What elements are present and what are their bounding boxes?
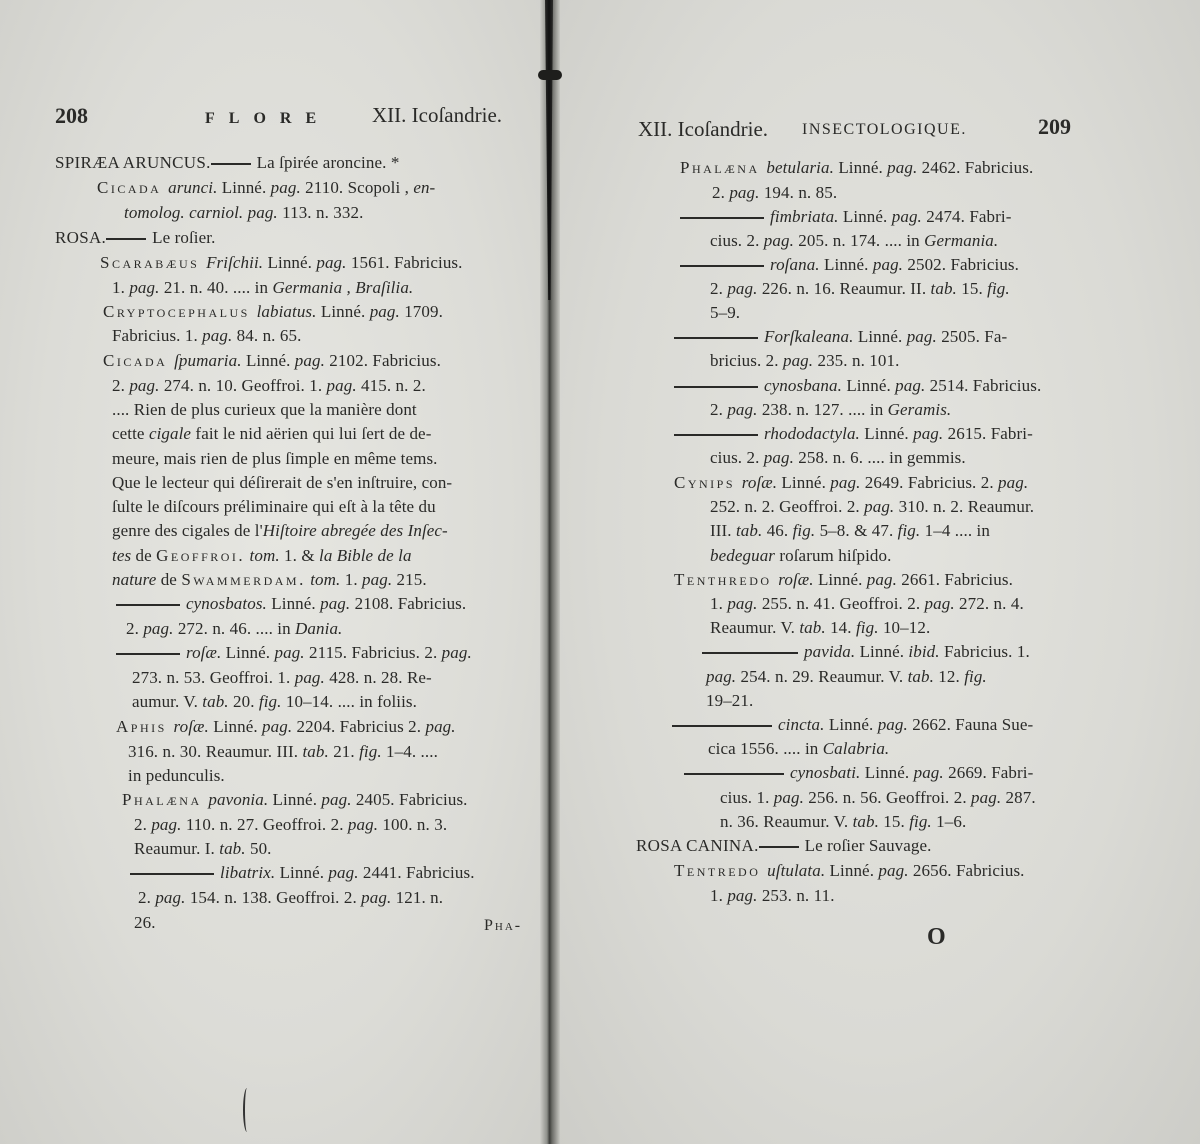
text-line: tomolog. carniol. pag. 113. n. 332. <box>124 202 363 224</box>
em-rule <box>674 386 758 388</box>
text-run: pag. <box>727 400 757 419</box>
text-run: Cicada <box>97 178 168 197</box>
text-run: pag. <box>316 253 346 272</box>
text-run: n. 36. Reaumur. V. <box>720 812 853 831</box>
text-run: roſæ. <box>778 570 813 589</box>
text-line: ROSA.Le roſier. <box>55 227 215 249</box>
signature-mark: O <box>927 924 946 951</box>
text-run: 1–4 .... in <box>920 521 990 540</box>
text-line: bedeguar roſarum hiſpido. <box>710 545 891 567</box>
text-run: pag. <box>202 326 232 345</box>
text-run: Linné. <box>825 715 878 734</box>
text-run: ROSA. <box>55 228 106 247</box>
text-run: Linné. <box>860 763 913 782</box>
em-rule <box>759 846 799 848</box>
text-line: tes de Geoffroi. tom. 1. & la Bible de l… <box>112 545 412 567</box>
text-line: Reaumur. I. tab. 50. <box>134 838 272 860</box>
text-run: tab. <box>908 667 934 686</box>
text-run: ROSA CANINA. <box>636 836 759 855</box>
text-line: cius. 2. pag. 205. n. 174. .... in Germa… <box>710 230 998 252</box>
text-run: fig. <box>359 742 382 761</box>
text-line: cynosbana. Linné. pag. 2514. Fabricius. <box>674 375 1041 397</box>
text-run: pag. <box>361 888 391 907</box>
em-rule <box>674 337 758 339</box>
text-run: 1. & <box>280 546 319 565</box>
right-page: XII. Icoſandrie. INSECTOLOGIQUE. 209 Pha… <box>556 0 1200 1144</box>
text-run: Fabricius. 1. <box>940 642 1030 661</box>
text-run: Tenthredo <box>674 570 778 589</box>
text-run: Cryptocephalus <box>103 302 257 321</box>
text-run: cigale <box>149 424 191 443</box>
text-run: 50. <box>246 839 272 858</box>
text-line: 1. pag. 255. n. 41. Geoffroi. 2. pag. 27… <box>710 593 1024 615</box>
text-run: 5–8. & 47. <box>815 521 897 540</box>
text-run: pag. <box>727 594 757 613</box>
text-run: 274. n. 10. Geoffroi. 1. <box>159 376 326 395</box>
text-run: pag. <box>914 763 944 782</box>
text-run: Le roſier Sauvage. <box>805 836 932 855</box>
text-run: Linné. <box>221 643 274 662</box>
text-run: 415. n. 2. <box>357 376 426 395</box>
text-line: cica 1556. .... in Calabria. <box>708 738 889 760</box>
em-rule <box>680 217 764 219</box>
text-run: pag. <box>727 279 757 298</box>
text-run: la Bible de la <box>319 546 412 565</box>
em-rule <box>702 652 798 654</box>
text-run: 215. <box>392 570 427 589</box>
text-line: roſæ. Linné. pag. 2115. Fabricius. 2. pa… <box>116 642 472 664</box>
text-run: 1561. Fabricius. <box>347 253 463 272</box>
text-run: roſæ. <box>186 643 221 662</box>
text-run: 2474. Fabri- <box>922 207 1012 226</box>
text-run: 14. <box>826 618 856 637</box>
text-run: 84. n. 65. <box>232 326 301 345</box>
text-run: tab. <box>799 618 825 637</box>
text-line: 19–21. <box>706 690 753 712</box>
text-line: ſulte le diſcours préliminaire qui eſt à… <box>112 496 436 518</box>
text-run: 1709. <box>400 302 443 321</box>
text-run: 254. n. 29. Reaumur. V. <box>736 667 907 686</box>
text-run: aumur. V. <box>132 692 202 711</box>
text-run: 46. <box>762 521 792 540</box>
text-run: Linné. <box>854 327 907 346</box>
text-line: bricius. 2. pag. 235. n. 101. <box>710 350 899 372</box>
text-run: Calabria. <box>823 739 890 758</box>
text-run: tab. <box>219 839 245 858</box>
text-run: en- <box>413 178 435 197</box>
text-run: 100. n. 3. <box>378 815 447 834</box>
text-run: pag. <box>129 376 159 395</box>
binding-thread <box>538 70 562 80</box>
text-run: 15. <box>879 812 909 831</box>
page-number: 209 <box>1038 114 1071 139</box>
text-line: 273. n. 53. Geoffroi. 1. pag. 428. n. 28… <box>132 667 432 689</box>
text-run: Swammerdam. <box>181 570 306 589</box>
right-running-title: INSECTOLOGIQUE. <box>802 118 967 142</box>
text-run: fait le nid aërien qui lui ſert de de- <box>191 424 431 443</box>
text-run: pag. <box>774 788 804 807</box>
text-run: pag. <box>151 815 181 834</box>
text-run: roſæ. <box>174 717 209 736</box>
text-run: 238. n. 127. .... in <box>757 400 887 419</box>
text-line: 316. n. 30. Reaumur. III. tab. 21. fig. … <box>128 741 438 763</box>
text-run: fig. <box>987 279 1010 298</box>
text-run: 2405. Fabricius. <box>352 790 468 809</box>
text-run: 2. <box>710 279 727 298</box>
text-run: pag. <box>425 717 455 736</box>
text-run: pag. <box>321 790 351 809</box>
text-run: 1–6. <box>932 812 967 831</box>
text-run: tab. <box>931 279 957 298</box>
right-page-number: 209 <box>1038 115 1071 140</box>
text-run: in pedunculis. <box>128 766 225 785</box>
text-run: Linné. <box>267 594 320 613</box>
text-run: Linné. <box>839 207 892 226</box>
text-line: n. 36. Reaumur. V. tab. 15. fig. 1–6. <box>720 811 966 833</box>
text-run: 2615. Fabri- <box>943 424 1033 443</box>
text-line: rhododactyla. Linné. pag. 2615. Fabri- <box>674 423 1033 445</box>
text-run: fig. <box>909 812 932 831</box>
text-line: 2. pag. 238. n. 127. .... in Geramis. <box>710 399 951 421</box>
text-line: pag. 254. n. 29. Reaumur. V. tab. 12. fi… <box>706 666 987 688</box>
text-run: cius. 1. <box>720 788 774 807</box>
text-run: bricius. 2. <box>710 351 783 370</box>
text-run: 2. <box>710 400 727 419</box>
text-run: 2656. Fabricius. <box>909 861 1025 880</box>
text-run: cette <box>112 424 149 443</box>
text-line: Reaumur. V. tab. 14. fig. 10–12. <box>710 617 930 639</box>
text-run: 1–4. .... <box>382 742 438 761</box>
text-run: Geoffroi. <box>156 546 245 565</box>
text-run: fimbriata. <box>770 207 839 226</box>
text-line: 1. pag. 253. n. 11. <box>710 885 835 907</box>
text-run: pag. <box>295 668 325 687</box>
text-line: III. tab. 46. fig. 5–8. & 47. fig. 1–4 .… <box>710 520 990 542</box>
text-run: 15. <box>957 279 987 298</box>
text-run: Friſchii. <box>206 253 263 272</box>
text-run: tab. <box>302 742 328 761</box>
text-run: fig. <box>898 521 921 540</box>
text-run: Linné. <box>855 642 908 661</box>
text-line: 5–9. <box>710 302 740 324</box>
text-line: 2. pag. 272. n. 46. .... in Dania. <box>126 618 342 640</box>
text-line: 1. pag. 21. n. 40. .... in Germania , Br… <box>112 277 413 299</box>
text-run: Germania. <box>924 231 998 250</box>
text-run: tab. <box>853 812 879 831</box>
page-number: 208 <box>55 103 88 128</box>
text-run: ibid. <box>908 642 939 661</box>
text-run: ſpumaria. <box>174 351 242 370</box>
text-run: 2115. Fabricius. 2. <box>305 643 442 662</box>
text-run: 154. n. 138. Geoffroi. 2. <box>185 888 361 907</box>
text-run: Linné. <box>825 861 878 880</box>
text-run: 110. n. 27. Geoffroi. 2. <box>181 815 347 834</box>
text-line: Phalæna betularia. Linné. pag. 2462. Fab… <box>680 157 1033 179</box>
text-run: 2108. Fabricius. <box>350 594 466 613</box>
text-run: Linné. <box>842 376 895 395</box>
text-run: genre des cigales de l' <box>112 521 263 540</box>
text-run: La ſpirée aroncine. * <box>257 153 400 172</box>
text-run: 12. <box>934 667 964 686</box>
text-line: Scarabæus Friſchii. Linné. pag. 1561. Fa… <box>100 252 462 274</box>
text-run: Dania. <box>295 619 342 638</box>
text-line: cynosbatos. Linné. pag. 2108. Fabricius. <box>116 593 466 615</box>
text-line: genre des cigales de l'Hiſtoire abregée … <box>112 520 448 542</box>
text-run: 21. <box>329 742 359 761</box>
text-run: 113. n. 332. <box>278 203 364 222</box>
text-line: fimbriata. Linné. pag. 2474. Fabri- <box>680 206 1012 228</box>
text-run: 2. <box>138 888 155 907</box>
em-rule <box>116 604 180 606</box>
text-run: Geramis. <box>888 400 952 419</box>
text-run: 2514. Fabricius. <box>925 376 1041 395</box>
text-run: fig. <box>259 692 282 711</box>
text-run: tom. <box>310 570 340 589</box>
em-rule <box>130 873 214 875</box>
text-run: pavonia. <box>208 790 268 809</box>
text-run: 258. n. 6. .... in gemmis. <box>794 448 966 467</box>
text-run: pag. <box>295 351 325 370</box>
text-run: 2502. Fabricius. <box>903 255 1019 274</box>
text-run: 272. n. 4. <box>955 594 1024 613</box>
text-run: Phalæna <box>680 158 766 177</box>
text-run: tab. <box>736 521 762 540</box>
left-running-title: FLORE <box>205 107 330 131</box>
text-run: Le roſier. <box>152 228 215 247</box>
text-run: Linné. <box>217 178 270 197</box>
text-run: 1. <box>340 570 362 589</box>
pen-mark <box>243 1088 251 1132</box>
em-rule <box>211 163 251 165</box>
text-run: pavida. <box>804 642 855 661</box>
text-run: pag. <box>764 448 794 467</box>
text-run: pag. <box>830 473 860 492</box>
text-line: cius. 1. pag. 256. n. 56. Geoffroi. 2. p… <box>720 787 1036 809</box>
em-rule <box>672 725 772 727</box>
text-run: 19–21. <box>706 691 753 710</box>
text-run: 255. n. 41. Geoffroi. 2. <box>757 594 924 613</box>
text-run: roſæ. <box>742 473 777 492</box>
text-run: Aphis <box>116 717 174 736</box>
text-run: pag. <box>155 888 185 907</box>
text-run: tab. <box>202 692 228 711</box>
text-run: uſtulata. <box>767 861 825 880</box>
text-run: 26. <box>134 913 156 932</box>
text-run: Reaumur. I. <box>134 839 219 858</box>
text-run: 10–14. .... in foliis. <box>282 692 417 711</box>
text-run: roſana. <box>770 255 820 274</box>
text-run: pag. <box>764 231 794 250</box>
text-run: Linné. <box>275 863 328 882</box>
text-run: pag. <box>878 861 908 880</box>
text-run: 5–9. <box>710 303 740 322</box>
text-run: Cynips <box>674 473 742 492</box>
text-run: Forſkaleana. <box>764 327 854 346</box>
text-run: 316. n. 30. Reaumur. III. <box>128 742 302 761</box>
text-run: pag. <box>262 717 292 736</box>
text-run: Linné. <box>814 570 867 589</box>
catchword: Pha- <box>484 917 522 935</box>
text-run: pag. <box>328 863 358 882</box>
text-run: pag. <box>873 255 903 274</box>
text-run: Linné. <box>317 302 370 321</box>
text-run: pag. <box>867 570 897 589</box>
text-line: Cryptocephalus labiatus. Linné. pag. 170… <box>103 301 443 323</box>
text-run: 2. <box>112 376 129 395</box>
text-run: 287. <box>1001 788 1036 807</box>
text-run: 310. n. 2. Reaumur. <box>894 497 1034 516</box>
text-run: roſarum hiſpido. <box>775 546 891 565</box>
text-run: 2669. Fabri- <box>944 763 1034 782</box>
text-line: Cicada arunci. Linné. pag. 2110. Scopoli… <box>97 177 435 199</box>
text-run: Linné. <box>834 158 887 177</box>
text-line: in pedunculis. <box>128 765 225 787</box>
text-line: Tentredo uſtulata. Linné. pag. 2656. Fab… <box>674 860 1025 882</box>
text-run: .... Rien de plus curieux que la manière… <box>112 400 417 419</box>
text-run: 272. n. 46. .... in <box>173 619 295 638</box>
text-run: 2649. Fabricius. 2. <box>860 473 998 492</box>
text-run: cica 1556. .... in <box>708 739 823 758</box>
text-run: pag. <box>348 815 378 834</box>
text-run: Cicada <box>103 351 174 370</box>
text-run: 2661. Fabricius. <box>897 570 1013 589</box>
left-page: 208 FLORE XII. Icoſandrie. SPIRÆA ARUNCU… <box>0 0 548 1144</box>
text-run: labiatus. <box>257 302 317 321</box>
text-run: pag. <box>925 594 955 613</box>
text-run: 1. <box>710 594 727 613</box>
text-run: 194. n. 85. <box>759 183 837 202</box>
text-run: Linné. <box>209 717 262 736</box>
text-run: bedeguar <box>710 546 775 565</box>
text-line: SPIRÆA ARUNCUS.La ſpirée aroncine. * <box>55 152 399 174</box>
text-run: 20. <box>229 692 259 711</box>
text-run: 2110. Scopoli , <box>301 178 414 197</box>
text-run: pag. <box>129 278 159 297</box>
text-run: 10–12. <box>879 618 931 637</box>
text-run: SPIRÆA ARUNCUS. <box>55 153 211 172</box>
text-run: ſulte le diſcours préliminaire qui eſt à… <box>112 497 436 516</box>
text-run: pag. <box>998 473 1028 492</box>
text-run: III. <box>710 521 736 540</box>
text-run: 252. n. 2. Geoffroi. 2. <box>710 497 864 516</box>
text-run: de <box>131 546 156 565</box>
text-line: Phalæna pavonia. Linné. pag. 2405. Fabri… <box>122 789 468 811</box>
text-run: 2. <box>712 183 729 202</box>
text-run: Germania , Braſilia. <box>272 278 413 297</box>
text-line: roſana. Linné. pag. 2502. Fabricius. <box>680 254 1019 276</box>
text-line: Que le lecteur qui déſirerait de s'en in… <box>112 472 452 494</box>
text-run: 256. n. 56. Geoffroi. 2. <box>804 788 971 807</box>
text-line: cius. 2. pag. 258. n. 6. .... in gemmis. <box>710 447 966 469</box>
text-run: pag. <box>892 207 922 226</box>
text-run: 2662. Fauna Sue- <box>908 715 1033 734</box>
em-rule <box>106 238 146 240</box>
text-line: Tenthredo roſæ. Linné. pag. 2661. Fabric… <box>674 569 1013 591</box>
text-run: 428. n. 28. Re- <box>325 668 432 687</box>
right-section-title: XII. Icoſandrie. <box>638 117 768 141</box>
text-line: libatrix. Linné. pag. 2441. Fabricius. <box>130 862 475 884</box>
em-rule <box>680 265 764 267</box>
text-run: Scarabæus <box>100 253 206 272</box>
text-line: 26. <box>134 912 156 934</box>
text-run: cius. 2. <box>710 448 764 467</box>
text-run: cynosbatos. <box>186 594 267 613</box>
text-run: cynosbana. <box>764 376 842 395</box>
text-run: 2102. Fabricius. <box>325 351 441 370</box>
em-rule <box>116 653 180 655</box>
text-line: 2. pag. 110. n. 27. Geoffroi. 2. pag. 10… <box>134 814 447 836</box>
text-run: Linné. <box>268 790 321 809</box>
text-line: aumur. V. tab. 20. fig. 10–14. .... in f… <box>132 691 417 713</box>
text-run: pag. <box>913 424 943 443</box>
text-run: de <box>156 570 181 589</box>
text-run: tomolog. carniol. pag. <box>124 203 278 222</box>
text-line: Cicada ſpumaria. Linné. pag. 2102. Fabri… <box>103 350 441 372</box>
text-line: nature de Swammerdam. tom. 1. pag. 215. <box>112 569 427 591</box>
text-run: arunci. <box>168 178 217 197</box>
text-run: Linné. <box>263 253 316 272</box>
text-run: fig. <box>856 618 879 637</box>
text-line: 252. n. 2. Geoffroi. 2. pag. 310. n. 2. … <box>710 496 1034 518</box>
text-run: pag. <box>895 376 925 395</box>
text-line: .... Rien de plus curieux que la manière… <box>112 399 417 421</box>
text-run: 2505. Fa- <box>937 327 1007 346</box>
text-run: pag. <box>143 619 173 638</box>
text-run: Reaumur. V. <box>710 618 799 637</box>
text-line: Fabricius. 1. pag. 84. n. 65. <box>112 325 301 347</box>
text-run: pag. <box>907 327 937 346</box>
text-run: Linné. <box>777 473 830 492</box>
text-run: pag. <box>783 351 813 370</box>
text-run: Phalæna <box>122 790 208 809</box>
text-run: pag. <box>362 570 392 589</box>
text-run: libatrix. <box>220 863 275 882</box>
text-run: 2441. Fabricius. <box>359 863 475 882</box>
text-run: pag. <box>706 667 736 686</box>
left-section-title: XII. Icoſandrie. <box>372 103 502 127</box>
text-line: pavida. Linné. ibid. Fabricius. 1. <box>702 641 1030 663</box>
text-line: Forſkaleana. Linné. pag. 2505. Fa- <box>674 326 1007 348</box>
text-run: Hiſtoire abregée des Inſec- <box>263 521 448 540</box>
text-run: nature <box>112 570 156 589</box>
text-run: pag. <box>370 302 400 321</box>
text-run: 253. n. 11. <box>757 886 834 905</box>
text-line: Aphis roſæ. Linné. pag. 2204. Fabricius … <box>116 716 456 738</box>
text-run: 2. <box>134 815 151 834</box>
text-line: 2. pag. 194. n. 85. <box>712 182 837 204</box>
em-rule <box>674 434 758 436</box>
text-line: meure, mais rien de plus ſimple en même … <box>112 448 438 470</box>
text-run: cius. 2. <box>710 231 764 250</box>
text-run: Que le lecteur qui déſirerait de s'en in… <box>112 473 452 492</box>
text-run: pag. <box>971 788 1001 807</box>
text-run: meure, mais rien de plus ſimple en même … <box>112 449 438 468</box>
text-run: 1. <box>112 278 129 297</box>
text-run: cincta. <box>778 715 825 734</box>
text-line: Cynips roſæ. Linné. pag. 2649. Fabricius… <box>674 472 1028 494</box>
text-run: fig. <box>793 521 816 540</box>
text-line: cincta. Linné. pag. 2662. Fauna Sue- <box>672 714 1033 736</box>
text-run: 2462. Fabricius. <box>917 158 1033 177</box>
text-run: 273. n. 53. Geoffroi. 1. <box>132 668 295 687</box>
text-run: pag. <box>887 158 917 177</box>
text-run: Linné. <box>820 255 873 274</box>
text-run: pag. <box>271 178 301 197</box>
text-line: 2. pag. 154. n. 138. Geoffroi. 2. pag. 1… <box>138 887 443 909</box>
text-run: 2. <box>126 619 143 638</box>
text-run: 121. n. <box>391 888 443 907</box>
text-run: pag. <box>320 594 350 613</box>
